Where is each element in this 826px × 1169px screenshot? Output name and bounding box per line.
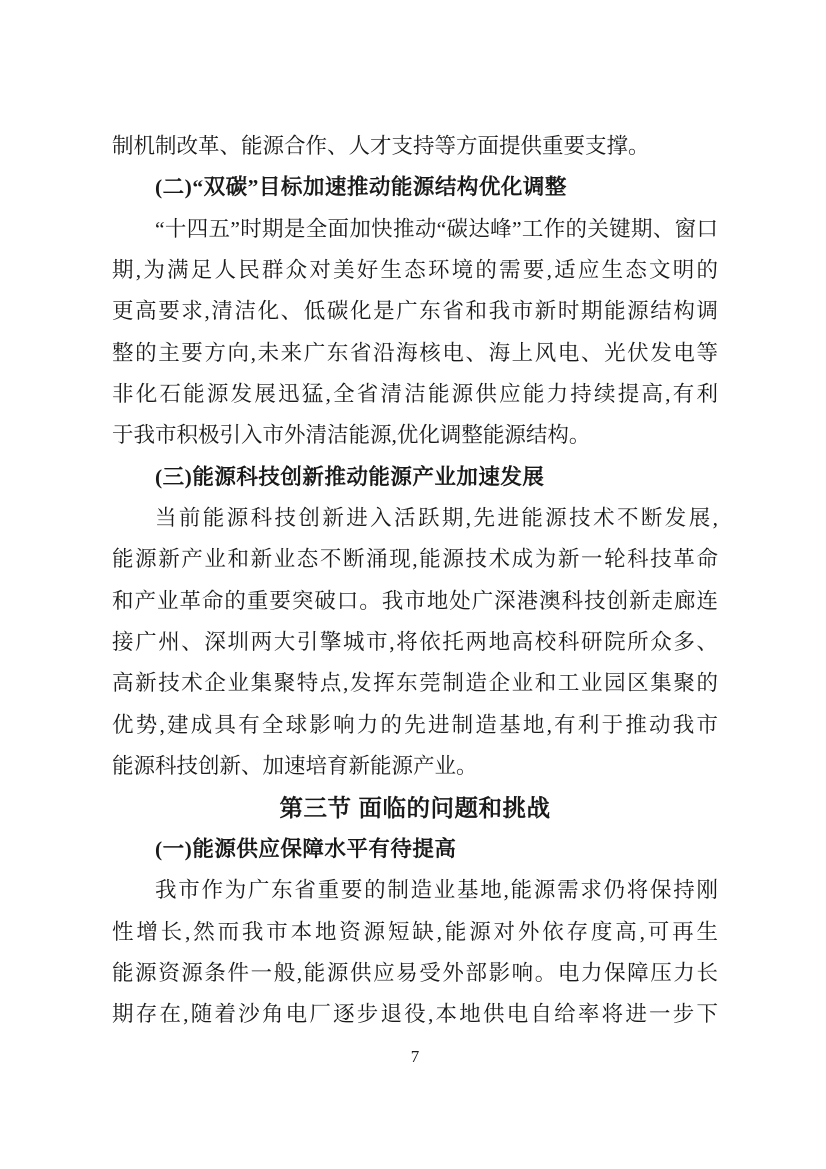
body-line: 能源科技创新、加速培育新能源产业。 (112, 746, 718, 787)
document-page: 制机制改革、能源合作、人才支持等方面提供重要支撑。 (二)“双碳”目标加速推动能… (0, 0, 826, 1169)
body-line: 更高要求,清洁化、低碳化是广东省和我市新时期能源结构调 (112, 291, 718, 332)
body-line: 期存在,随着沙角电厂逐步退役,本地供电自给率将进一步下 (112, 994, 718, 1035)
body-line: 能源资源条件一般,能源供应易受外部影响。电力保障压力长 (112, 953, 718, 994)
subsection-heading: (一)能源供应保障水平有待提高 (112, 829, 718, 870)
body-line: 优势,建成具有全球影响力的先进制造基地,有利于推动我市 (112, 705, 718, 746)
section-heading: 第三节 面临的问题和挑战 (112, 788, 718, 829)
body-line: 能源新产业和新业态不断涌现,能源技术成为新一轮科技革命 (112, 539, 718, 580)
body-line: 和产业革命的重要突破口。我市地处广深港澳科技创新走廊连 (112, 581, 718, 622)
body-line: 制机制改革、能源合作、人才支持等方面提供重要支撑。 (112, 126, 718, 167)
body-line: 性增长,然而我市本地资源短缺,能源对外依存度高,可再生 (112, 912, 718, 953)
body-line: 当前能源科技创新进入活跃期,先进能源技术不断发展, (112, 498, 718, 539)
body-line: 非化石能源发展迅猛,全省清洁能源供应能力持续提高,有利 (112, 374, 718, 415)
body-line: 我市作为广东省重要的制造业基地,能源需求仍将保持刚 (112, 870, 718, 911)
body-line: 期,为满足人民群众对美好生态环境的需要,适应生态文明的 (112, 250, 718, 291)
body-line: 接广州、深圳两大引擎城市,将依托两地高校科研院所众多、 (112, 622, 718, 663)
page-number: 7 (112, 1042, 718, 1072)
body-line: 整的主要方向,未来广东省沿海核电、海上风电、光伏发电等 (112, 333, 718, 374)
subsection-heading: (三)能源科技创新推动能源产业加速发展 (112, 457, 718, 498)
body-line: 于我市积极引入市外清洁能源,优化调整能源结构。 (112, 415, 718, 456)
subsection-heading: (二)“双碳”目标加速推动能源结构优化调整 (112, 167, 718, 208)
body-line: “十四五”时期是全面加快推动“碳达峰”工作的关键期、窗口 (112, 209, 718, 250)
body-line: 高新技术企业集聚特点,发挥东莞制造企业和工业园区集聚的 (112, 663, 718, 704)
